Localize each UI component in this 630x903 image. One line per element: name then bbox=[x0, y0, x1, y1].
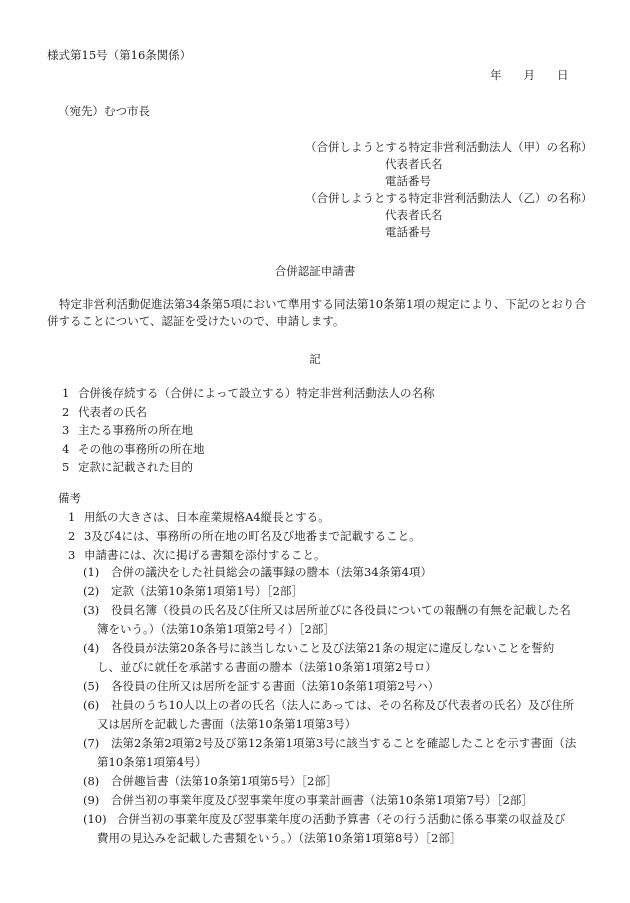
attachment-text: 法第2条第2項第2号及び第12条第1項第3号に該当することを確認したことを示す書… bbox=[111, 736, 576, 750]
item-number: 1 bbox=[62, 385, 78, 402]
item-number: 4 bbox=[62, 441, 78, 458]
applicant-block: （合併しようとする特定非営利活動法人（甲）の名称） 代表者氏名 電話番号 （合併… bbox=[305, 139, 593, 241]
list-item: 2代表者の氏名 bbox=[62, 404, 435, 423]
attachment-number: (5) bbox=[83, 678, 111, 695]
attachment-item: (8)合併趣旨書（法第10条第1項第5号）［2部］ bbox=[83, 773, 603, 792]
attachment-number: (6) bbox=[83, 697, 111, 714]
attachment-text-continued: 費用の見込みを記載した書類をいう。）（法第10条第1項第8号）［2部］ bbox=[83, 830, 603, 849]
attachment-text-continued: し、並びに就任を承諾する書面の謄本（法第10条第1項第2号ロ） bbox=[83, 659, 603, 678]
attachment-item: (7)法第2条第2項第2号及び第12条第1項第3号に該当することを確認したことを… bbox=[83, 735, 603, 773]
applicant-b-name-label: （合併しようとする特定非営利活動法人（乙）の名称） bbox=[305, 190, 593, 207]
attachment-item: (10)合併当初の事業年度及び翌事業年度の活動予算書（その行う活動に係る事業の収… bbox=[83, 811, 603, 849]
attachment-number: (1) bbox=[83, 564, 111, 581]
attachment-item: (6)社員のうち10人以上の者の氏名（法人にあっては、その名称及び代表者の氏名）… bbox=[83, 697, 603, 735]
item-text: 合併後存続する（合併によって設立する）特定非営利活動法人の名称 bbox=[78, 386, 435, 400]
attachment-item: (5)各役員の住所又は居所を証する書面（法第10条第1項第2号ハ） bbox=[83, 678, 603, 697]
applicant-a-representative-label: 代表者氏名 bbox=[305, 156, 593, 173]
list-item: 1合併後存続する（合併によって設立する）特定非営利活動法人の名称 bbox=[62, 385, 435, 404]
attachment-text: 合併趣旨書（法第10条第1項第5号）［2部］ bbox=[111, 774, 337, 788]
item-text: 代表者の氏名 bbox=[78, 405, 147, 419]
remark-item: 23及び4には、事務所の所在地の町名及び地番まで記載すること。 bbox=[68, 528, 421, 547]
attachment-item: (9)合併当初の事業年度及び翌事業年度の事業計画書（法第10条第1項第7号）［2… bbox=[83, 792, 603, 811]
list-item: 4その他の事務所の所在地 bbox=[62, 441, 435, 460]
remark-text: 申請書には、次に掲げる書類を添付すること。 bbox=[84, 548, 326, 562]
date-month: 月 bbox=[524, 67, 536, 84]
attachment-number: (3) bbox=[83, 602, 111, 619]
attachment-text: 社員のうち10人以上の者の氏名（法人にあっては、その名称及び代表者の氏名）及び住… bbox=[111, 698, 574, 712]
item-number: 5 bbox=[62, 459, 78, 476]
attachment-list: (1)合併の議決をした社員総会の議事録の謄本（法第34条第4項） (2)定款（法… bbox=[83, 564, 603, 849]
remarks-heading: 備考 bbox=[58, 490, 81, 507]
attachment-number: (9) bbox=[83, 792, 111, 809]
item-text: 定款に記載された目的 bbox=[78, 460, 193, 474]
attachment-text: 合併当初の事業年度及び翌事業年度の事業計画書（法第10条第1項第7号）［2部］ bbox=[111, 793, 533, 807]
date-line: 年月日 bbox=[490, 67, 569, 84]
attachment-item: (4)各役員が法第20条各号に該当しないこと及び法第21条の規定に違反しないこと… bbox=[83, 640, 603, 678]
attachment-number: (4) bbox=[83, 640, 111, 657]
list-item: 3主たる事務所の所在地 bbox=[62, 422, 435, 441]
list-item: 5定款に記載された目的 bbox=[62, 459, 435, 478]
attachment-text-continued: 又は居所を記載した書面（法第10条第1項第3号） bbox=[83, 716, 603, 735]
item-text: 主たる事務所の所在地 bbox=[78, 423, 193, 437]
attachment-text-continued: 簿をいう。）（法第10条第1項第2号イ）［2部］ bbox=[83, 621, 603, 640]
attachment-text: 合併当初の事業年度及び翌事業年度の活動予算書（その行う活動に係る事業の収益及び bbox=[117, 812, 566, 826]
attachment-text: 定款（法第10条第1項第1号）［2部］ bbox=[111, 584, 303, 598]
form-number: 様式第15号（第16条関係） bbox=[47, 47, 191, 64]
applicant-a-name-label: （合併しようとする特定非営利活動法人（甲）の名称） bbox=[305, 139, 593, 156]
attachment-number: (8) bbox=[83, 773, 111, 790]
attachment-number: (2) bbox=[83, 583, 111, 600]
remark-text: 3及び4には、事務所の所在地の町名及び地番まで記載すること。 bbox=[84, 529, 421, 543]
applicant-b-representative-label: 代表者氏名 bbox=[305, 207, 593, 224]
attachment-text: 各役員が法第20条各号に該当しないこと及び法第21条の規定に違反しないことを誓約 bbox=[111, 641, 554, 655]
item-list: 1合併後存続する（合併によって設立する）特定非営利活動法人の名称 2代表者の氏名… bbox=[62, 385, 435, 478]
attachment-item: (2)定款（法第10条第1項第1号）［2部］ bbox=[83, 583, 603, 602]
remark-number: 1 bbox=[68, 509, 84, 526]
item-number: 3 bbox=[62, 422, 78, 439]
remark-number: 3 bbox=[68, 547, 84, 564]
attachment-text: 各役員の住所又は居所を証する書面（法第10条第1項第2号ハ） bbox=[111, 679, 439, 693]
attachment-item: (3)役員名簿（役員の氏名及び住所又は居所並びに各役員についての報酬の有無を記載… bbox=[83, 602, 603, 640]
document-title: 合併認証申請書 bbox=[0, 263, 630, 280]
date-year: 年 bbox=[490, 67, 502, 84]
item-number: 2 bbox=[62, 404, 78, 421]
attachment-text: 合併の議決をした社員総会の議事録の謄本（法第34条第4項） bbox=[111, 565, 432, 579]
remark-item: 1用紙の大きさは、日本産業規格A4縦長とする。 bbox=[68, 509, 421, 528]
attachment-number: (7) bbox=[83, 735, 111, 752]
intro-paragraph: 特定非営利活動促進法第34条第5項において準用する同法第10条第1項の規定により… bbox=[47, 296, 592, 330]
remark-number: 2 bbox=[68, 528, 84, 545]
addressee: （宛先）むつ市長 bbox=[58, 103, 150, 120]
applicant-a-phone-label: 電話番号 bbox=[305, 173, 593, 190]
applicant-b-phone-label: 電話番号 bbox=[305, 224, 593, 241]
attachment-number: (10) bbox=[83, 811, 117, 828]
attachment-text-continued: 第10条第1項第4号） bbox=[83, 754, 603, 773]
item-text: その他の事務所の所在地 bbox=[78, 442, 205, 456]
attachment-item: (1)合併の議決をした社員総会の議事録の謄本（法第34条第4項） bbox=[83, 564, 603, 583]
attachment-text: 役員名簿（役員の氏名及び住所又は居所並びに各役員についての報酬の有無を記載した名 bbox=[111, 603, 571, 617]
remark-text: 用紙の大きさは、日本産業規格A4縦長とする。 bbox=[84, 510, 330, 524]
date-day: 日 bbox=[557, 67, 569, 84]
ki-heading: 記 bbox=[0, 351, 630, 368]
remarks-list: 1用紙の大きさは、日本産業規格A4縦長とする。 23及び4には、事務所の所在地の… bbox=[68, 509, 421, 566]
